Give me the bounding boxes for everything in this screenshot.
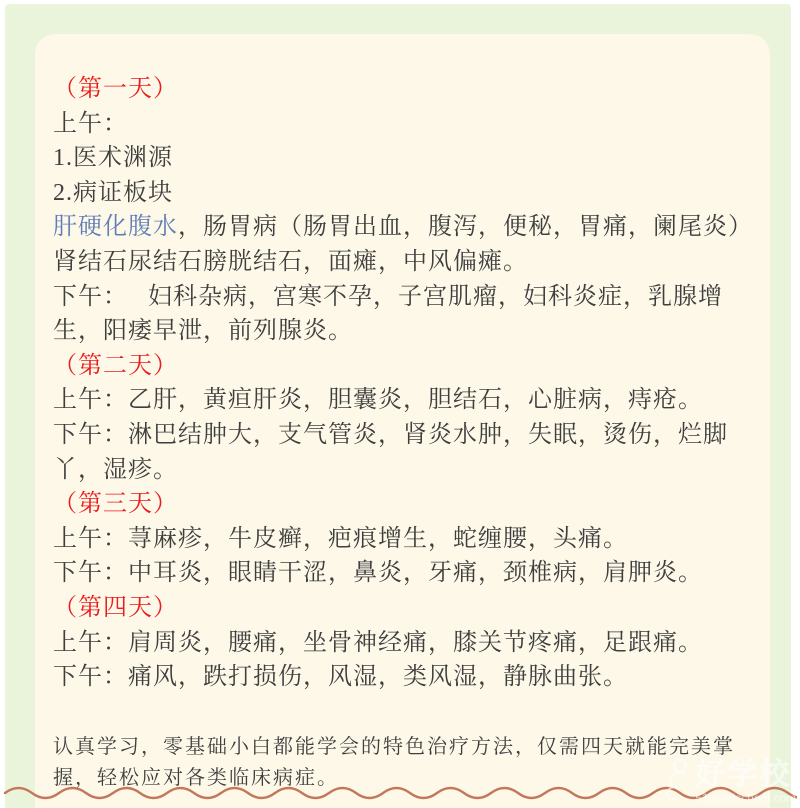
schedule-line: 上午： bbox=[53, 107, 753, 142]
day-title: （第一天） bbox=[53, 72, 753, 107]
schedule-line: 上午：荨麻疹，牛皮癣，疤痕增生，蛇缠腰，头痛。 bbox=[53, 522, 753, 557]
day-title: （第四天） bbox=[53, 591, 753, 626]
day-title: （第二天） bbox=[53, 349, 753, 384]
schedule-line: 下午： 妇科杂病，宫寒不孕，子宫肌瘤，妇科炎症，乳腺增生，阳痿早泄，前列腺炎。 bbox=[53, 280, 753, 349]
schedule-line: 肝硬化腹水，肠胃病（肠胃出血，腹泻，便秘，胃痛，阑尾炎）肾结石尿结石膀胱结石，面… bbox=[53, 210, 753, 279]
schedule-line: 上午：乙肝，黄疸肝炎，胆囊炎，胆结石，心脏病，痔疮。 bbox=[53, 383, 753, 418]
schedule-line: 1.医术渊源 bbox=[53, 141, 753, 176]
green-background-panel: （第一天）上午：1.医术渊源2.病证板块肝硬化腹水，肠胃病（肠胃出血，腹泻，便秘… bbox=[5, 4, 791, 808]
schedule-line: 下午：淋巴结肿大，支气管炎，肾炎水肿，失眠，烫伤，烂脚丫，湿疹。 bbox=[53, 418, 753, 487]
schedule-content: （第一天）上午：1.医术渊源2.病证板块肝硬化腹水，肠胃病（肠胃出血，腹泻，便秘… bbox=[35, 34, 770, 794]
footer-note: 认真学习，零基础小白都能学会的特色治疗方法，仅需四天就能完美掌握，轻松应对各类临… bbox=[53, 732, 753, 794]
day-title: （第三天） bbox=[53, 487, 753, 522]
schedule-line: 下午：中耳炎，眼睛干涩，鼻炎，牙痛，颈椎病，肩胛炎。 bbox=[53, 556, 753, 591]
liver-cirrhosis-ascites-link[interactable]: 肝硬化腹水 bbox=[53, 214, 178, 240]
schedule-line: 上午：肩周炎，腰痛，坐骨神经痛，膝关节疼痛，足跟痛。 bbox=[53, 626, 753, 661]
schedule-line: 2.病证板块 bbox=[53, 176, 753, 211]
course-schedule-card: （第一天）上午：1.医术渊源2.病证板块肝硬化腹水，肠胃病（肠胃出血，腹泻，便秘… bbox=[35, 34, 770, 808]
schedule-line: 下午：痛风，跌打损伤，风湿，类风湿，静脉曲张。 bbox=[53, 660, 753, 695]
